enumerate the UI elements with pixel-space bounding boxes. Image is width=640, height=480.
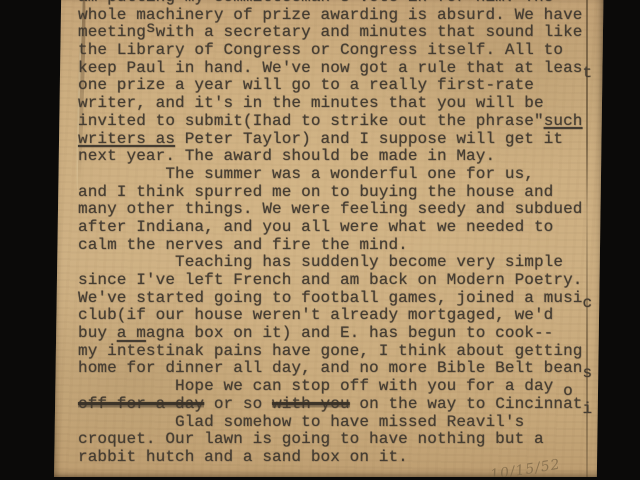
- letter-line-segment: home for dinner all day, and no more Bib…: [78, 359, 582, 377]
- letter-line-segment: writers as: [78, 130, 175, 148]
- photo-background: am putting my committeeman's vote in for…: [0, 0, 640, 480]
- letter-line: the Library of Congress or Congress itse…: [78, 42, 604, 60]
- letter-line-segment: and I think spurred me on to buying the …: [78, 183, 553, 201]
- letter-line: meetingswith a secretary and minutes tha…: [78, 24, 604, 42]
- letter-line: next year. The award should be made in M…: [78, 148, 604, 166]
- letter-line-segment: c: [582, 294, 592, 312]
- letter-line-segment: rabbit hutch and a sand box on it.: [78, 448, 408, 466]
- letter-text: am putting my committeeman's vote in for…: [78, 0, 604, 467]
- letter-line-segment: calm the nerves and fire the mind.: [78, 236, 408, 254]
- letter-line-segment: nte: [117, 342, 146, 360]
- letter-line-segment: stinak pains have gone, I think about ge…: [146, 342, 583, 360]
- letter-line: croquet. Our lawn is going to have nothi…: [78, 431, 604, 449]
- letter-line-segment: or so: [204, 395, 272, 413]
- letter-line: since I've left French and am back on Mo…: [78, 272, 604, 290]
- letter-line-segment: next year. The award should be made in M…: [78, 147, 495, 165]
- letter-line-segment: Teaching has suddenly become very simple: [78, 253, 563, 271]
- letter-line: my intestinak pains have gone, I think a…: [78, 343, 604, 361]
- letter-line-segment: writer, and it's in the minutes that you…: [78, 94, 544, 112]
- letter-line-segment: on the way to Cincinnat: [350, 395, 583, 413]
- letter-line: off for a day or so with you on the way …: [78, 396, 604, 414]
- letter-line-segment: buy a magna box on it) and E. has begun …: [78, 324, 553, 342]
- letter-line: We've started going to football games, j…: [78, 290, 604, 308]
- letter-line: The summer was a wonderful one for us,: [78, 166, 604, 184]
- letter-line-segment: club(if our house weren't already mortga…: [78, 306, 553, 324]
- letter-line: writers as Peter Taylor) and I suppose w…: [78, 131, 604, 149]
- letter-line-segment: Hope we can stop off with you for a day: [78, 377, 563, 395]
- letter-line-segment: o: [563, 382, 573, 400]
- letter-line: buy a magna box on it) and E. has begun …: [78, 325, 604, 343]
- letter-line: whole machinery of prize awarding is abs…: [78, 7, 604, 25]
- letter-line-segment: Glad somehow to have missed Reavil's: [78, 413, 524, 431]
- letter-line-segment: the Library of Congress or Congress itse…: [78, 41, 563, 59]
- letter-line-segment: meeting: [78, 23, 146, 41]
- letter-line: and I think spurred me on to buying the …: [78, 184, 604, 202]
- letter-line: Hope we can stop off with you for a day …: [78, 378, 604, 396]
- letter-line: Teaching has suddenly become very simple: [78, 254, 604, 272]
- letter-line-segment: t: [582, 64, 592, 82]
- letter-line-segment: many other things. We were feeling seedy…: [78, 200, 582, 218]
- letter-line: one prize a year will go to a really fir…: [78, 77, 604, 95]
- letter-line: home for dinner all day, and no more Bib…: [78, 360, 604, 378]
- letter-line-segment: keep Paul in hand. We've now got a rule …: [78, 59, 582, 77]
- letter-line-segment: s: [146, 19, 156, 37]
- letter-line: writer, and it's in the minutes that you…: [78, 95, 604, 113]
- letter-line-segment: We've started going to football games, j…: [78, 289, 582, 307]
- letter-line-segment: one prize a year will go to a really fir…: [78, 76, 534, 94]
- letter-line: many other things. We were feeling seedy…: [78, 201, 604, 219]
- letter-line: keep Paul in hand. We've now got a rule …: [78, 60, 604, 78]
- letter-line-segment: Peter Taylor) and I suppose will get it: [175, 130, 563, 148]
- letter-line-segment: off for a day: [78, 395, 204, 413]
- letter-line-segment: invited to submit(Ihad to strike out the…: [78, 112, 544, 130]
- letter-line-segment: The summer was a wonderful one for us,: [78, 165, 534, 183]
- letter-line-segment: such: [544, 112, 583, 130]
- letter-line: Glad somehow to have missed Reavil's: [78, 414, 604, 432]
- letter-line-segment: with a secretary and minutes that sound …: [156, 23, 583, 41]
- letter-line-segment: s: [582, 364, 592, 382]
- letter-line-segment: i: [583, 400, 593, 418]
- letter-line: club(if our house weren't already mortga…: [78, 307, 604, 325]
- letter-line-segment: with you: [272, 395, 350, 413]
- letter-paper: am putting my committeeman's vote in for…: [54, 0, 604, 477]
- letter-line-segment: my i: [78, 342, 117, 360]
- letter-line-segment: after Indiana, and you all were what we …: [78, 218, 553, 236]
- letter-line: after Indiana, and you all were what we …: [78, 219, 604, 237]
- letter-line: invited to submit(Ihad to strike out the…: [78, 113, 604, 131]
- letter-line-segment: since I've left French and am back on Mo…: [78, 271, 582, 289]
- letter-line: calm the nerves and fire the mind.: [78, 237, 604, 255]
- letter-line-segment: croquet. Our lawn is going to have nothi…: [78, 430, 544, 448]
